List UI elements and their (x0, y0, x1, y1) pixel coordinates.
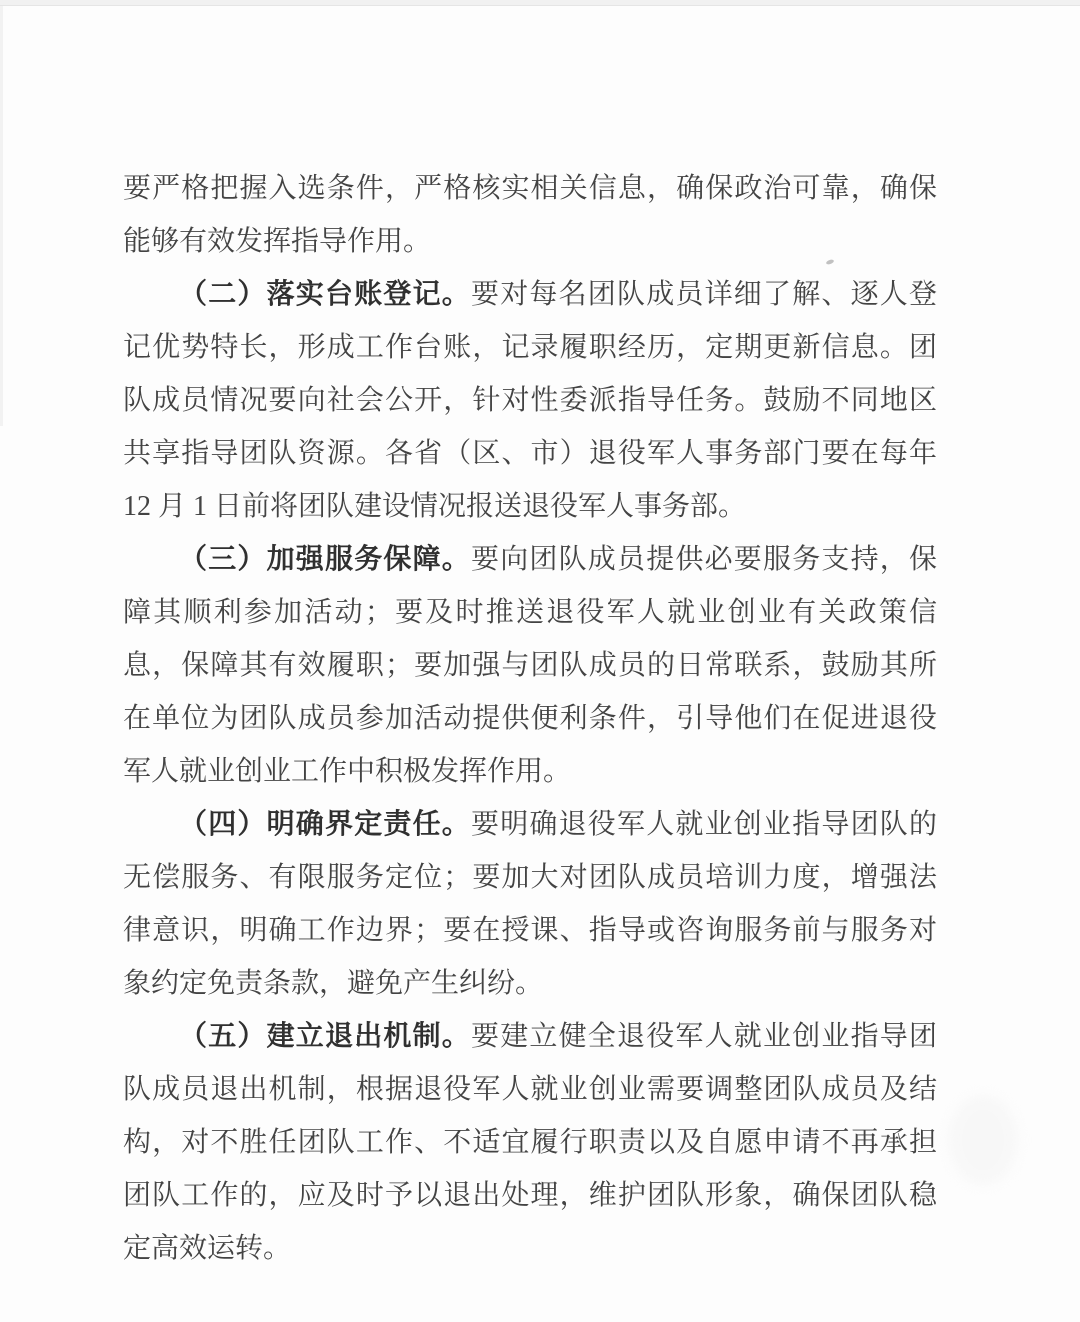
document-text-line: 在单位为团队成员参加活动提供便利条件，引导他们在促进退役 (123, 692, 937, 745)
line-text: 要明确退役军人就业创业指导团队的 (471, 809, 937, 840)
document-text-block: 要严格把握入选条件，严格核实相关信息，确保政治可靠，确保 能够有效发挥指导作用。… (123, 162, 937, 1275)
line-text: 队成员退出机制，根据退役军人就业创业需要调整团队成员及结 (123, 1074, 937, 1105)
line-text: 要建立健全退役军人就业创业指导团 (471, 1021, 937, 1052)
scanned-document-page: 要严格把握入选条件，严格核实相关信息，确保政治可靠，确保 能够有效发挥指导作用。… (0, 0, 1080, 1322)
document-text-line: 记优势特长，形成工作台账，记录履职经历，定期更新信息。团 (123, 321, 937, 374)
line-text: 12 月 1 日前将团队建设情况报送退役军人事务部。 (123, 491, 746, 522)
document-text-line: 无偿服务、有限服务定位；要加大对团队成员培训力度，增强法 (123, 851, 937, 904)
scan-smudge-artifact (948, 1095, 1018, 1185)
scan-edge-left (0, 6, 3, 426)
document-text-line: （三）加强服务保障。要向团队成员提供必要服务支持，保 (123, 533, 937, 586)
line-text: 障其顺利参加活动；要及时推送退役军人就业创业有关政策信 (123, 597, 937, 628)
document-text-line: 队成员退出机制，根据退役军人就业创业需要调整团队成员及结 (123, 1063, 937, 1116)
document-text-line: 共享指导团队资源。各省（区、市）退役军人事务部门要在每年 (123, 427, 937, 480)
document-text-line: 定高效运转。 (123, 1222, 937, 1275)
document-text-line: （二）落实台账登记。要对每名团队成员详细了解、逐人登 (123, 268, 937, 321)
document-text-line: 军人就业创业工作中积极发挥作用。 (123, 745, 937, 798)
document-text-line: 能够有效发挥指导作用。 (123, 215, 937, 268)
document-text-line: 队成员情况要向社会公开，针对性委派指导任务。鼓励不同地区 (123, 374, 937, 427)
document-text-line: 构，对不胜任团队工作、不适宜履行职责以及自愿申请不再承担 (123, 1116, 937, 1169)
document-text-line: 团队工作的，应及时予以退出处理，维护团队形象，确保团队稳 (123, 1169, 937, 1222)
document-text-line: 律意识，明确工作边界；要在授课、指导或咨询服务前与服务对 (123, 904, 937, 957)
line-text: 无偿服务、有限服务定位；要加大对团队成员培训力度，增强法 (123, 862, 937, 893)
document-text-line: 要严格把握入选条件，严格核实相关信息，确保政治可靠，确保 (123, 162, 937, 215)
line-text: 要对每名团队成员详细了解、逐人登 (471, 279, 937, 310)
line-text: 记优势特长，形成工作台账，记录履职经历，定期更新信息。团 (123, 332, 937, 363)
paragraph-heading: （三）加强服务保障。 (179, 544, 471, 575)
document-text-line: 障其顺利参加活动；要及时推送退役军人就业创业有关政策信 (123, 586, 937, 639)
line-text: 息，保障其有效履职；要加强与团队成员的日常联系，鼓励其所 (123, 650, 937, 681)
document-text-line: 象约定免责条款，避免产生纠纷。 (123, 957, 937, 1010)
line-text: 能够有效发挥指导作用。 (123, 226, 431, 257)
line-text: 象约定免责条款，避免产生纠纷。 (123, 968, 543, 999)
scan-edge-top (0, 0, 1080, 6)
paragraph-heading: （二）落实台账登记。 (179, 279, 471, 310)
document-text-line: （四）明确界定责任。要明确退役军人就业创业指导团队的 (123, 798, 937, 851)
line-text: 构，对不胜任团队工作、不适宜履行职责以及自愿申请不再承担 (123, 1127, 937, 1158)
paragraph-heading: （五）建立退出机制。 (179, 1021, 471, 1052)
line-text: 要向团队成员提供必要服务支持，保 (471, 544, 937, 575)
document-text-line: 息，保障其有效履职；要加强与团队成员的日常联系，鼓励其所 (123, 639, 937, 692)
line-text: 律意识，明确工作边界；要在授课、指导或咨询服务前与服务对 (123, 915, 937, 946)
line-text: 团队工作的，应及时予以退出处理，维护团队形象，确保团队稳 (123, 1180, 937, 1211)
line-text: 队成员情况要向社会公开，针对性委派指导任务。鼓励不同地区 (123, 385, 937, 416)
line-text: 定高效运转。 (123, 1233, 291, 1264)
line-text: 在单位为团队成员参加活动提供便利条件，引导他们在促进退役 (123, 703, 937, 734)
line-text: 共享指导团队资源。各省（区、市）退役军人事务部门要在每年 (123, 438, 937, 469)
document-text-line: 12 月 1 日前将团队建设情况报送退役军人事务部。 (123, 480, 937, 533)
line-text: 军人就业创业工作中积极发挥作用。 (123, 756, 571, 787)
line-text: 要严格把握入选条件，严格核实相关信息，确保政治可靠，确保 (123, 173, 937, 204)
paragraph-heading: （四）明确界定责任。 (179, 809, 471, 840)
document-text-line: （五）建立退出机制。要建立健全退役军人就业创业指导团 (123, 1010, 937, 1063)
